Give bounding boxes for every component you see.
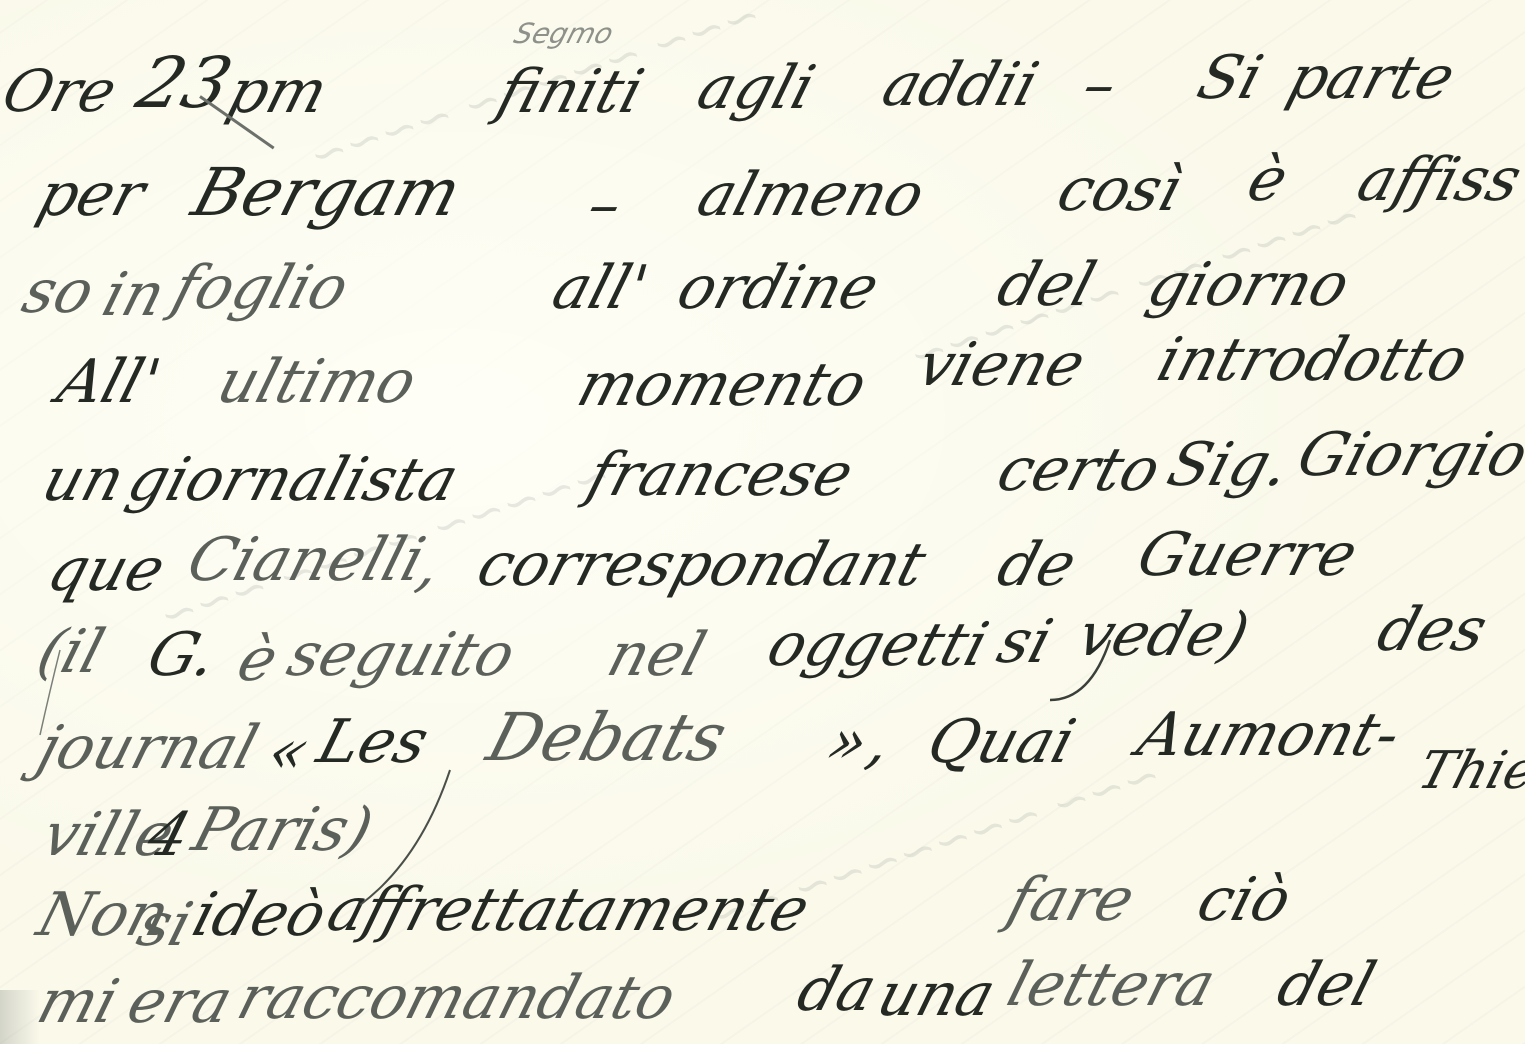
manuscript-page: ~~~ ~~~~~ ~~~~ ~~~~ ~~ ~~~~~~ ~~~~~ ~~~~… (0, 0, 1525, 1044)
pen-strokes (0, 0, 1525, 1044)
